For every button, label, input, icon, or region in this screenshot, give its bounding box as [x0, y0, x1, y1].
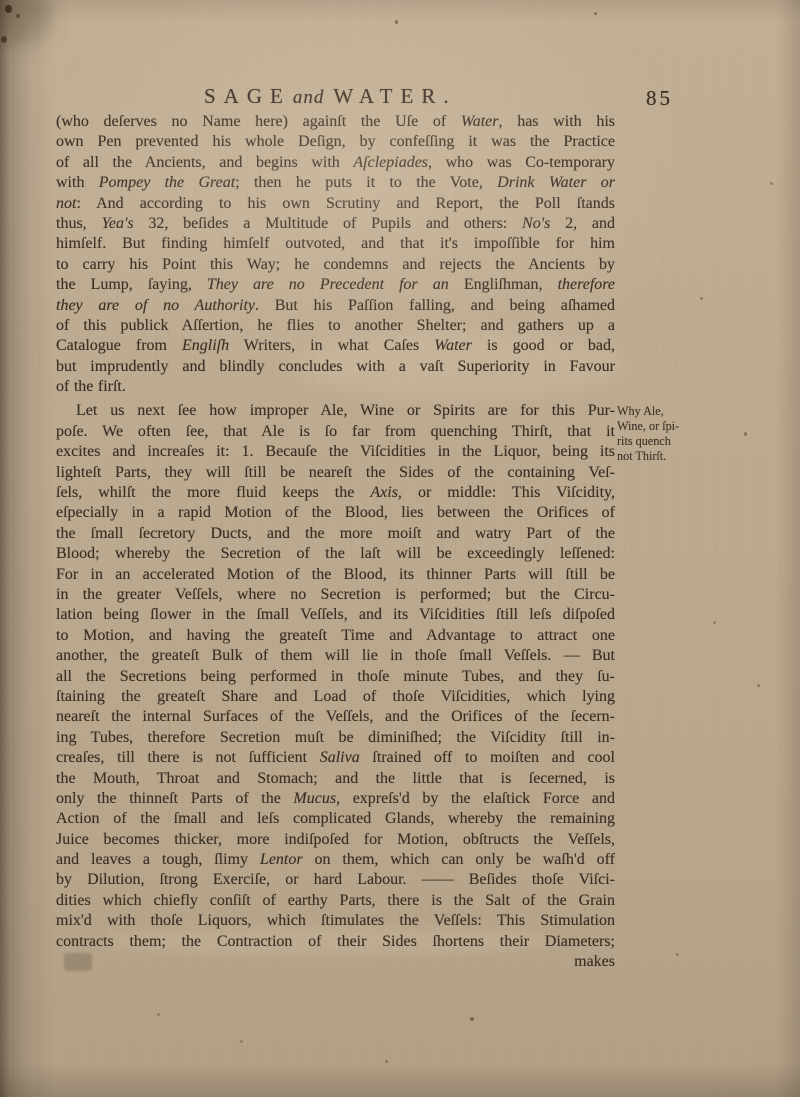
paper-speck: [240, 1040, 243, 1043]
text-line: not: And according to his own Scrutiny a…: [56, 194, 615, 214]
roman-text-run: Juice becomes thicker, more indiſpoſed f…: [56, 831, 615, 848]
roman-text-run: Engliſhman,: [464, 276, 558, 293]
paper-speck: [757, 684, 760, 687]
paper-speck: [385, 1060, 388, 1063]
roman-text-run: all the Secretions being performed in th…: [56, 668, 615, 685]
roman-text-run: in the greater Veſſels, where no Secreti…: [56, 586, 615, 603]
text-line: Blood; whereby the Secretion of the laſt…: [56, 544, 615, 564]
roman-text-run: ſtrained off to moiſten and cool: [360, 749, 615, 766]
text-line: with Pompey the Great; then he puts it t…: [56, 173, 615, 193]
text-line: of all the Ancients, and begins with Aſc…: [56, 153, 615, 173]
paper-speck: [16, 14, 20, 18]
italic-text-run: No's: [522, 215, 550, 232]
text-line: Let us next ſee how improper Ale, Wine o…: [56, 401, 615, 421]
italic-text-run: they are of no Authority: [56, 297, 255, 314]
italic-text-run: Engliſh: [182, 337, 229, 354]
margin-note-line: Wine, or ſpi-: [617, 419, 717, 434]
book-page-scan: { "page": { "colors": { "paper": "#bdab9…: [0, 0, 800, 1097]
roman-text-run: , has with his: [499, 113, 615, 130]
text-line: excites and increaſes it: 1. Becauſe the…: [56, 442, 615, 462]
roman-text-run: another, the greateſt Bulk of them will …: [56, 647, 615, 664]
text-line: in the greater Veſſels, where no Secreti…: [56, 585, 615, 605]
paper-speck: [700, 297, 703, 300]
roman-text-run: lation being ſlower in the ſmall Veſſels…: [56, 606, 615, 623]
roman-text-run: and leaves a tough, ſlimy: [56, 851, 260, 868]
roman-text-run: of all the Ancients, and begins with: [56, 154, 353, 171]
roman-text-run: own Pen prevented his whole Deſign, by c…: [56, 133, 615, 150]
paper-speck: [594, 12, 597, 15]
paper-speck: [744, 432, 747, 436]
corner-stain: [0, 0, 52, 44]
italic-text-run: Mucus: [293, 790, 336, 807]
roman-text-run: but imprudently and blindly concludes wi…: [56, 358, 615, 375]
roman-text-run: Catalogue from: [56, 337, 182, 354]
roman-text-run: Action of the ſmall and leſs complicated…: [56, 810, 615, 827]
text-line: himſelf. But finding himſelf outvoted, a…: [56, 234, 615, 254]
paper-speck: [5, 5, 12, 13]
italic-text-run: Water: [434, 337, 472, 354]
text-line: of the firſt.: [56, 377, 615, 397]
roman-text-run: mix'd with thoſe Liquors, which ſtimulat…: [56, 912, 615, 929]
italic-text-run: Saliva: [320, 749, 360, 766]
text-line: Catalogue from Engliſh Writers, in what …: [56, 336, 615, 356]
paper-speck: [157, 1013, 160, 1016]
roman-text-run: only the thinneſt Parts of the: [56, 790, 293, 807]
title-conjunction: and: [293, 87, 325, 109]
paper-speck: [470, 1017, 474, 1021]
margin-note-line: Why Ale,: [617, 404, 717, 419]
title-word-water: WATER.: [333, 84, 456, 109]
text-line: the ſmall ſecretory Ducts, and the more …: [56, 524, 615, 544]
margin-note-line: rits quench: [617, 434, 717, 449]
text-line: only the thinneſt Parts of the Mucus, ex…: [56, 789, 615, 809]
text-line: thus, Yea's 32, beſides a Multitude of P…: [56, 214, 615, 234]
paper-speck: [1, 36, 7, 43]
roman-text-run: contracts them; the Contraction of their…: [56, 933, 615, 950]
text-line: all the Secretions being performed in th…: [56, 667, 615, 687]
text-line: ſtaining the greateſt Share and Load of …: [56, 687, 615, 707]
roman-text-run: himſelf. But finding himſelf outvoted, a…: [56, 235, 615, 252]
roman-text-run: of this publick Aſſertion, he flies to a…: [56, 317, 615, 334]
roman-text-run: ing Tubes, therefore Secretion muſt be d…: [56, 729, 615, 746]
text-line: and leaves a tough, ſlimy Lentor on them…: [56, 850, 615, 870]
roman-text-run: neareſt the internal Surfaces of the Veſ…: [56, 708, 615, 725]
roman-text-run: ; then he puts it to the Vote,: [235, 174, 497, 191]
roman-text-run: (who deſerves no Name here) againſt the …: [56, 113, 461, 130]
italic-text-run: They are no Precedent for an: [207, 276, 464, 293]
paper-speck: [676, 953, 679, 956]
text-line: For in an accelerated Motion of the Bloo…: [56, 565, 615, 585]
margin-note: Why Ale, Wine, or ſpi- rits quench not T…: [617, 404, 717, 464]
italic-text-run: not: [56, 195, 76, 212]
roman-text-run: of the firſt.: [56, 378, 126, 395]
text-line: of this publick Aſſertion, he flies to a…: [56, 316, 615, 336]
italic-text-run: Pompey the Great: [99, 174, 235, 191]
text-line: mix'd with thoſe Liquors, which ſtimulat…: [56, 911, 615, 931]
roman-text-run: the ſmall ſecretory Ducts, and the more …: [56, 525, 615, 542]
roman-text-run: ſtaining the greateſt Share and Load of …: [56, 688, 615, 705]
catchword: makes: [56, 952, 615, 972]
roman-text-run: Let us next ſee how improper Ale, Wine o…: [76, 402, 615, 419]
text-line: by Dilution, ſtrong Exerciſe, or hard La…: [56, 870, 615, 890]
italic-text-run: Axis: [370, 484, 398, 501]
text-line: Action of the ſmall and leſs complicated…: [56, 809, 615, 829]
roman-text-run: to carry his Point this Way; he condemns…: [56, 256, 615, 273]
roman-text-run: on them, which can only be waſh'd off: [303, 851, 615, 868]
paragraph-2: Let us next ſee how improper Ale, Wine o…: [56, 401, 615, 952]
italic-text-run: Lentor: [260, 851, 303, 868]
text-line: the Lump, ſaying, They are no Precedent …: [56, 275, 615, 295]
text-line: to Motion, and having the greateſt Time …: [56, 626, 615, 646]
roman-text-run: lighteſt Parts, they will ſtill be neare…: [56, 464, 615, 481]
roman-text-run: ſels, whilſt the more fluid keeps the: [56, 484, 370, 501]
roman-text-run: 32, beſides a Multitude of Pupils and ot…: [134, 215, 522, 232]
roman-text-run: , who was Co-temporary: [428, 154, 615, 171]
paragraph-1: (who deſerves no Name here) againſt the …: [56, 112, 615, 397]
roman-text-run: the Lump, ſaying,: [56, 276, 207, 293]
roman-text-run: , or middle: This Viſcidity,: [398, 484, 615, 501]
roman-text-run: , expreſs'd by the elaſtick Force and: [336, 790, 615, 807]
paper-speck: [770, 182, 773, 185]
paper-speck: [395, 20, 398, 24]
italic-text-run: Aſclepiades: [353, 154, 428, 171]
text-line: lation being ſlower in the ſmall Veſſels…: [56, 605, 615, 625]
text-line: (who deſerves no Name here) againſt the …: [56, 112, 615, 132]
italic-text-run: Drink Water or: [497, 174, 615, 191]
roman-text-run: the Mouth, Throat and Stomach; and the l…: [56, 770, 615, 787]
roman-text-run: . But his Paſſion falling, and being aſh…: [255, 297, 615, 314]
text-line: to carry his Point this Way; he condemns…: [56, 255, 615, 275]
text-line: eſpecially in a rapid Motion of the Bloo…: [56, 503, 615, 523]
roman-text-run: excites and increaſes it: 1. Becauſe the…: [56, 443, 615, 460]
margin-note-line: not Thirſt.: [617, 449, 717, 464]
paper-speck: [713, 621, 716, 624]
roman-text-run: to Motion, and having the greateſt Time …: [56, 627, 615, 644]
title-word-sage: SAGE: [204, 84, 291, 109]
roman-text-run: poſe. We often ſee, that Ale is ſo far f…: [56, 423, 615, 440]
roman-text-run: is good or bad,: [472, 337, 615, 354]
text-line: but imprudently and blindly concludes wi…: [56, 357, 615, 377]
running-title: SAGE and WATER.: [204, 84, 457, 109]
text-line: lighteſt Parts, they will ſtill be neare…: [56, 463, 615, 483]
page-number: 85: [646, 86, 673, 111]
text-line: ſels, whilſt the more fluid keeps the Ax…: [56, 483, 615, 503]
text-line: contracts them; the Contraction of their…: [56, 932, 615, 952]
text-line: poſe. We often ſee, that Ale is ſo far f…: [56, 422, 615, 442]
text-line: ing Tubes, therefore Secretion muſt be d…: [56, 728, 615, 748]
text-line: the Mouth, Throat and Stomach; and the l…: [56, 769, 615, 789]
roman-text-run: with: [56, 174, 99, 191]
roman-text-run: 2, and: [550, 215, 615, 232]
roman-text-run: dities which chiefly conſiſt of earthy P…: [56, 892, 615, 909]
main-text-column: (who deſerves no Name here) againſt the …: [56, 112, 615, 972]
italic-text-run: Yea's: [101, 215, 133, 232]
roman-text-run: eſpecially in a rapid Motion of the Bloo…: [56, 504, 615, 521]
text-line: creaſes, till there is not ſufficient Sa…: [56, 748, 615, 768]
italic-text-run: Water: [461, 113, 499, 130]
text-line: Juice becomes thicker, more indiſpoſed f…: [56, 830, 615, 850]
text-line: another, the greateſt Bulk of them will …: [56, 646, 615, 666]
roman-text-run: Writers, in what Caſes: [229, 337, 434, 354]
text-line: neareſt the internal Surfaces of the Veſ…: [56, 707, 615, 727]
roman-text-run: creaſes, till there is not ſufficient: [56, 749, 320, 766]
roman-text-run: Blood; whereby the Secretion of the laſt…: [56, 545, 615, 562]
roman-text-run: thus,: [56, 215, 101, 232]
roman-text-run: For in an accelerated Motion of the Bloo…: [56, 566, 615, 583]
text-line: own Pen prevented his whole Deſign, by c…: [56, 132, 615, 152]
roman-text-run: : And according to his own Scrutiny and …: [76, 195, 615, 212]
italic-text-run: therefore: [558, 276, 615, 293]
text-line: dities which chiefly conſiſt of earthy P…: [56, 891, 615, 911]
roman-text-run: by Dilution, ſtrong Exerciſe, or hard La…: [56, 871, 615, 888]
text-line: they are of no Authority. But his Paſſio…: [56, 296, 615, 316]
